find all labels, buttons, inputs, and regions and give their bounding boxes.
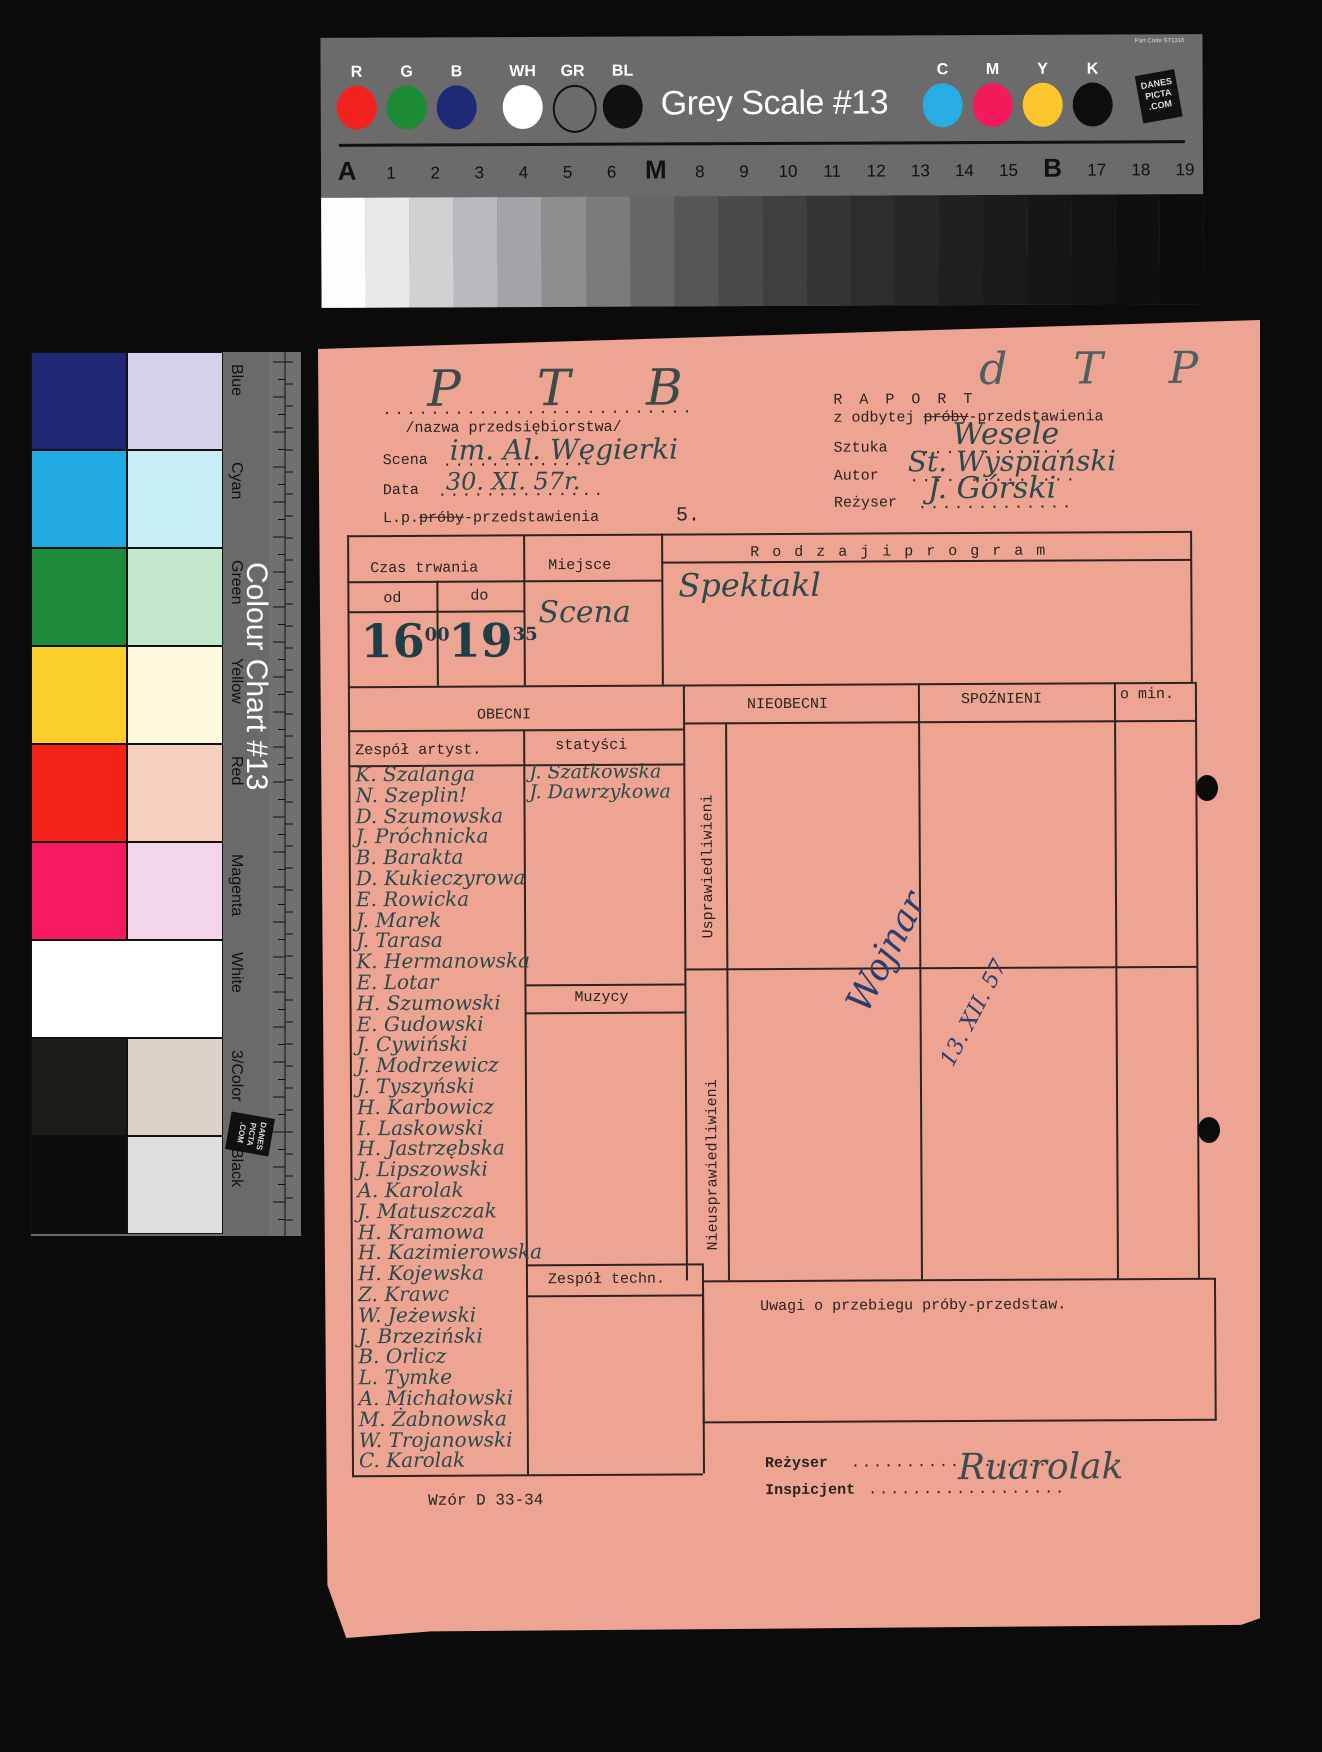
data-value: 30. XI. 57r.	[446, 467, 581, 496]
do-header: do	[470, 588, 488, 605]
uwagi-label: Uwagi o przebiegu próby-przedstaw.	[760, 1297, 1066, 1316]
zespol-techn-header: Zespół techn.	[548, 1271, 665, 1289]
stamp-dtp: d T P	[979, 343, 1224, 395]
spoznieni-header: SPOŹNIENI	[961, 691, 1042, 708]
table-grid	[0, 0, 1317, 4]
o-min-header: o min.	[1120, 686, 1174, 703]
scena-value: im. Al. Węgierki	[450, 433, 679, 467]
zespol-artyst-header: Zespół artyst.	[355, 742, 481, 760]
extra-name: J. Dawrzykowa	[529, 781, 671, 804]
do-hour: 19	[448, 613, 512, 667]
do-value: 1935	[448, 613, 537, 667]
lp-value: 5.	[676, 504, 700, 527]
od-value: 1600	[360, 614, 449, 668]
rodzaj-program-value: Spektakl	[678, 566, 820, 605]
inspicjent-signature: Ruarolak	[958, 1446, 1124, 1488]
punch-hole	[1198, 1117, 1220, 1143]
statysci-list: J. SzatkowskaJ. Dawrzykowa	[529, 760, 689, 761]
data-label: Data	[383, 482, 419, 499]
rezyser-label: Reżyser	[834, 494, 897, 511]
od-hour: 16	[360, 614, 424, 668]
obecni-header: OBECNI	[477, 706, 531, 723]
lp-label-rest: -przedstawienia	[464, 509, 599, 527]
form-content: P T B .......................... /nazwa …	[0, 0, 1322, 1752]
zespol-artyst-list: K. SzalangaN. Szeplin!D. SzumowskaJ. Pró…	[355, 761, 535, 762]
nieobecni-header: NIEOBECNI	[747, 696, 828, 713]
do-minutes: 35	[513, 624, 538, 645]
raport-sub-prefix: z odbytej	[833, 409, 923, 426]
od-minutes: 00	[425, 624, 450, 645]
annotation-date: 13. XII. 57	[936, 956, 1013, 1071]
statysci-header: statyści	[555, 737, 627, 754]
usprawiedliwieni-label: Usprawiedliwieni	[699, 794, 717, 938]
form-code: Wzór D 33-34	[428, 1491, 543, 1510]
miejsce-value: Scena	[538, 595, 631, 630]
raport-title: R A P O R T	[833, 391, 976, 409]
nieusprawiedliwieni-label: Nieusprawiedliwieni	[704, 1079, 722, 1250]
lp-label: L.p.próby-przedstawienia	[383, 509, 599, 527]
artist-name: C. Karolak	[359, 1448, 465, 1473]
autor-label: Autor	[834, 467, 879, 484]
company-dots: ..........................	[382, 400, 694, 419]
scena-label: Scena	[383, 452, 428, 469]
punch-hole	[1196, 775, 1218, 801]
muzycy-header: Muzycy	[574, 989, 628, 1006]
czas-trwania-header: Czas trwania	[370, 560, 478, 578]
footer-rezyser-label: Reżyser	[765, 1455, 828, 1472]
rezyser-value: J. Górski	[928, 471, 1056, 507]
lp-label-text: L.p.	[383, 510, 419, 527]
lp-struck-text: próby	[419, 510, 464, 527]
footer-inspicjent-label: Inspicjent	[765, 1482, 855, 1499]
miejsce-header: Miejsce	[548, 557, 611, 574]
od-header: od	[383, 590, 401, 607]
sztuka-label: Sztuka	[834, 439, 888, 456]
rodzaj-program-header: R o d z a j i p r o g r a m	[750, 543, 1047, 562]
